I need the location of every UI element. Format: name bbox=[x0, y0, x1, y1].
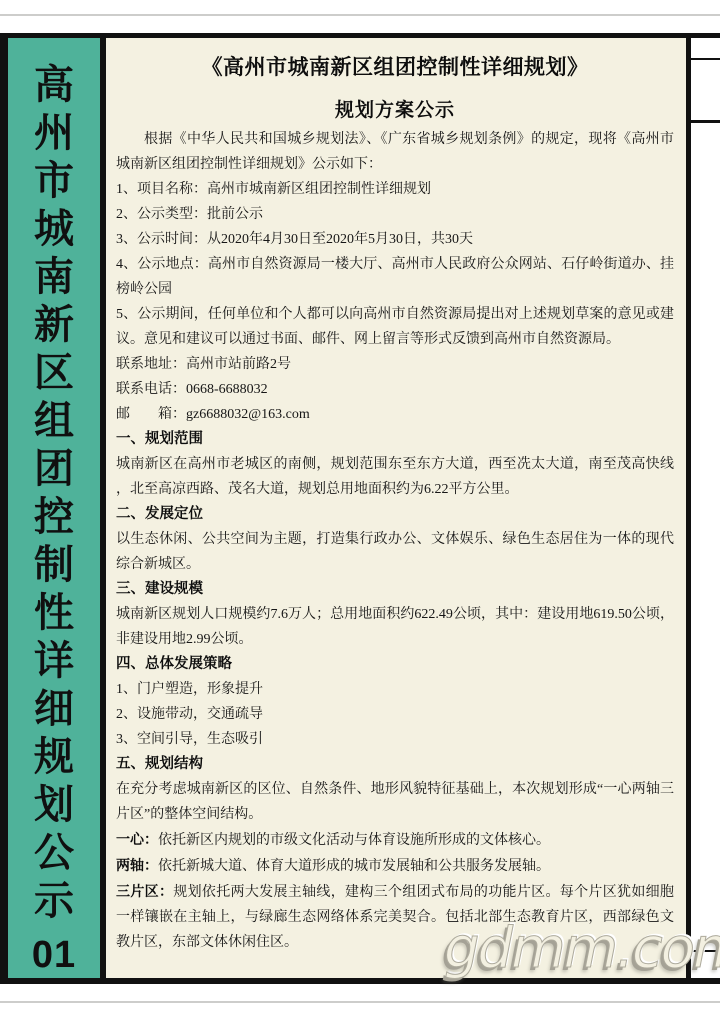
planning-notice-sheet: 高州市城南新区组团控制性详细规划公示 01 《高州市城南新区组团控制性详细规划》… bbox=[0, 33, 720, 984]
notice-item-2: 2、公示类型：批前公示 bbox=[116, 202, 674, 227]
contact-address: 联系地址：高州市站前路2号 bbox=[116, 352, 674, 377]
notice-item-5: 5、公示期间，任何单位和个人都可以向高州市自然资源局提出对上述规划草案的意见或建… bbox=[116, 302, 674, 352]
section-3-heading: 三、建设规模 bbox=[116, 577, 674, 602]
titleblock-cell-1 bbox=[691, 38, 720, 60]
section-5-paragraph: 在充分考虑城南新区的区位、自然条件、地形风貌特征基础上，本次规划形成“一心两轴三… bbox=[116, 777, 674, 827]
titleblock-cell-4 bbox=[691, 952, 720, 978]
structure-item-axes-label: 两轴： bbox=[116, 857, 158, 873]
section-2-paragraph: 以生态休闲、公共空间为主题，打造集行政办公、文体娱乐、绿色生态居住为一体的现代综… bbox=[116, 527, 674, 577]
section-4-heading: 四、总体发展策略 bbox=[116, 652, 674, 677]
sidebar-vertical-title: 高州市城南新区组团控制性详细规划公示 bbox=[34, 61, 74, 925]
notice-item-3: 3、公示时间：从2020年4月30日至2020年5月30日，共30天 bbox=[116, 227, 674, 252]
page-separator-bottom bbox=[0, 1001, 720, 1003]
page-separator-top bbox=[0, 14, 720, 16]
structure-item-districts-text: 规划依托两大发展主轴线，建构三个组团式布局的功能片区。每个片区犹如细胞一样镶嵌在… bbox=[116, 885, 674, 950]
notice-content: 《高州市城南新区组团控制性详细规划》 规划方案公示 根据《中华人民共和国城乡规划… bbox=[106, 38, 686, 978]
intro-paragraph: 根据《中华人民共和国城乡规划法》、《广东省城乡规划条例》的规定，现将《高州市城南… bbox=[116, 127, 674, 177]
section-1-heading: 一、规划范围 bbox=[116, 427, 674, 452]
structure-item-core: 一心：依托新区内规划的市级文化活动与体育设施所形成的文体核心。 bbox=[116, 827, 674, 853]
sidebar-sheet-number: 01 bbox=[32, 933, 76, 977]
structure-item-districts: 三片区：规划依托两大发展主轴线，建构三个组团式布局的功能片区。每个片区犹如细胞一… bbox=[116, 879, 674, 955]
titleblock-cell-2 bbox=[691, 60, 720, 123]
titleblock-cell-3 bbox=[691, 123, 720, 952]
structure-item-axes: 两轴：依托新城大道、体育大道形成的城市发展轴和公共服务发展轴。 bbox=[116, 853, 674, 879]
strategy-item-2: 2、设施带动，交通疏导 bbox=[116, 702, 674, 727]
section-5-heading: 五、规划结构 bbox=[116, 752, 674, 777]
section-1-paragraph: 城南新区在高州市老城区的南侧，规划范围东至东方大道，西至冼太大道，南至茂高快线，… bbox=[116, 452, 674, 502]
contact-phone: 联系电话：0668-6688032 bbox=[116, 377, 674, 402]
structure-item-core-text: 依托新区内规划的市级文化活动与体育设施所形成的文体核心。 bbox=[158, 833, 550, 848]
sidebar-banner: 高州市城南新区组团控制性详细规划公示 01 bbox=[8, 38, 106, 978]
notice-item-1: 1、项目名称：高州市城南新区组团控制性详细规划 bbox=[116, 177, 674, 202]
structure-item-districts-label: 三片区： bbox=[116, 883, 173, 899]
titleblock-column bbox=[686, 38, 720, 978]
structure-item-axes-text: 依托新城大道、体育大道形成的城市发展轴和公共服务发展轴。 bbox=[158, 859, 550, 874]
strategy-item-3: 3、空间引导，生态吸引 bbox=[116, 727, 674, 752]
notice-item-4: 4、公示地点：高州市自然资源局一楼大厅、高州市人民政府公众网站、石仔岭街道办、挂… bbox=[116, 252, 674, 302]
notice-title: 《高州市城南新区组团控制性详细规划》 bbox=[116, 51, 674, 85]
section-2-heading: 二、发展定位 bbox=[116, 502, 674, 527]
structure-item-core-label: 一心： bbox=[116, 831, 158, 847]
contact-email: 邮 箱：gz6688032@163.com bbox=[116, 402, 674, 427]
strategy-item-1: 1、门户塑造，形象提升 bbox=[116, 677, 674, 702]
notice-subtitle: 规划方案公示 bbox=[116, 95, 674, 127]
section-3-paragraph: 城南新区规划人口规模约7.6万人；总用地面积约622.49公顷，其中：建设用地6… bbox=[116, 602, 674, 652]
